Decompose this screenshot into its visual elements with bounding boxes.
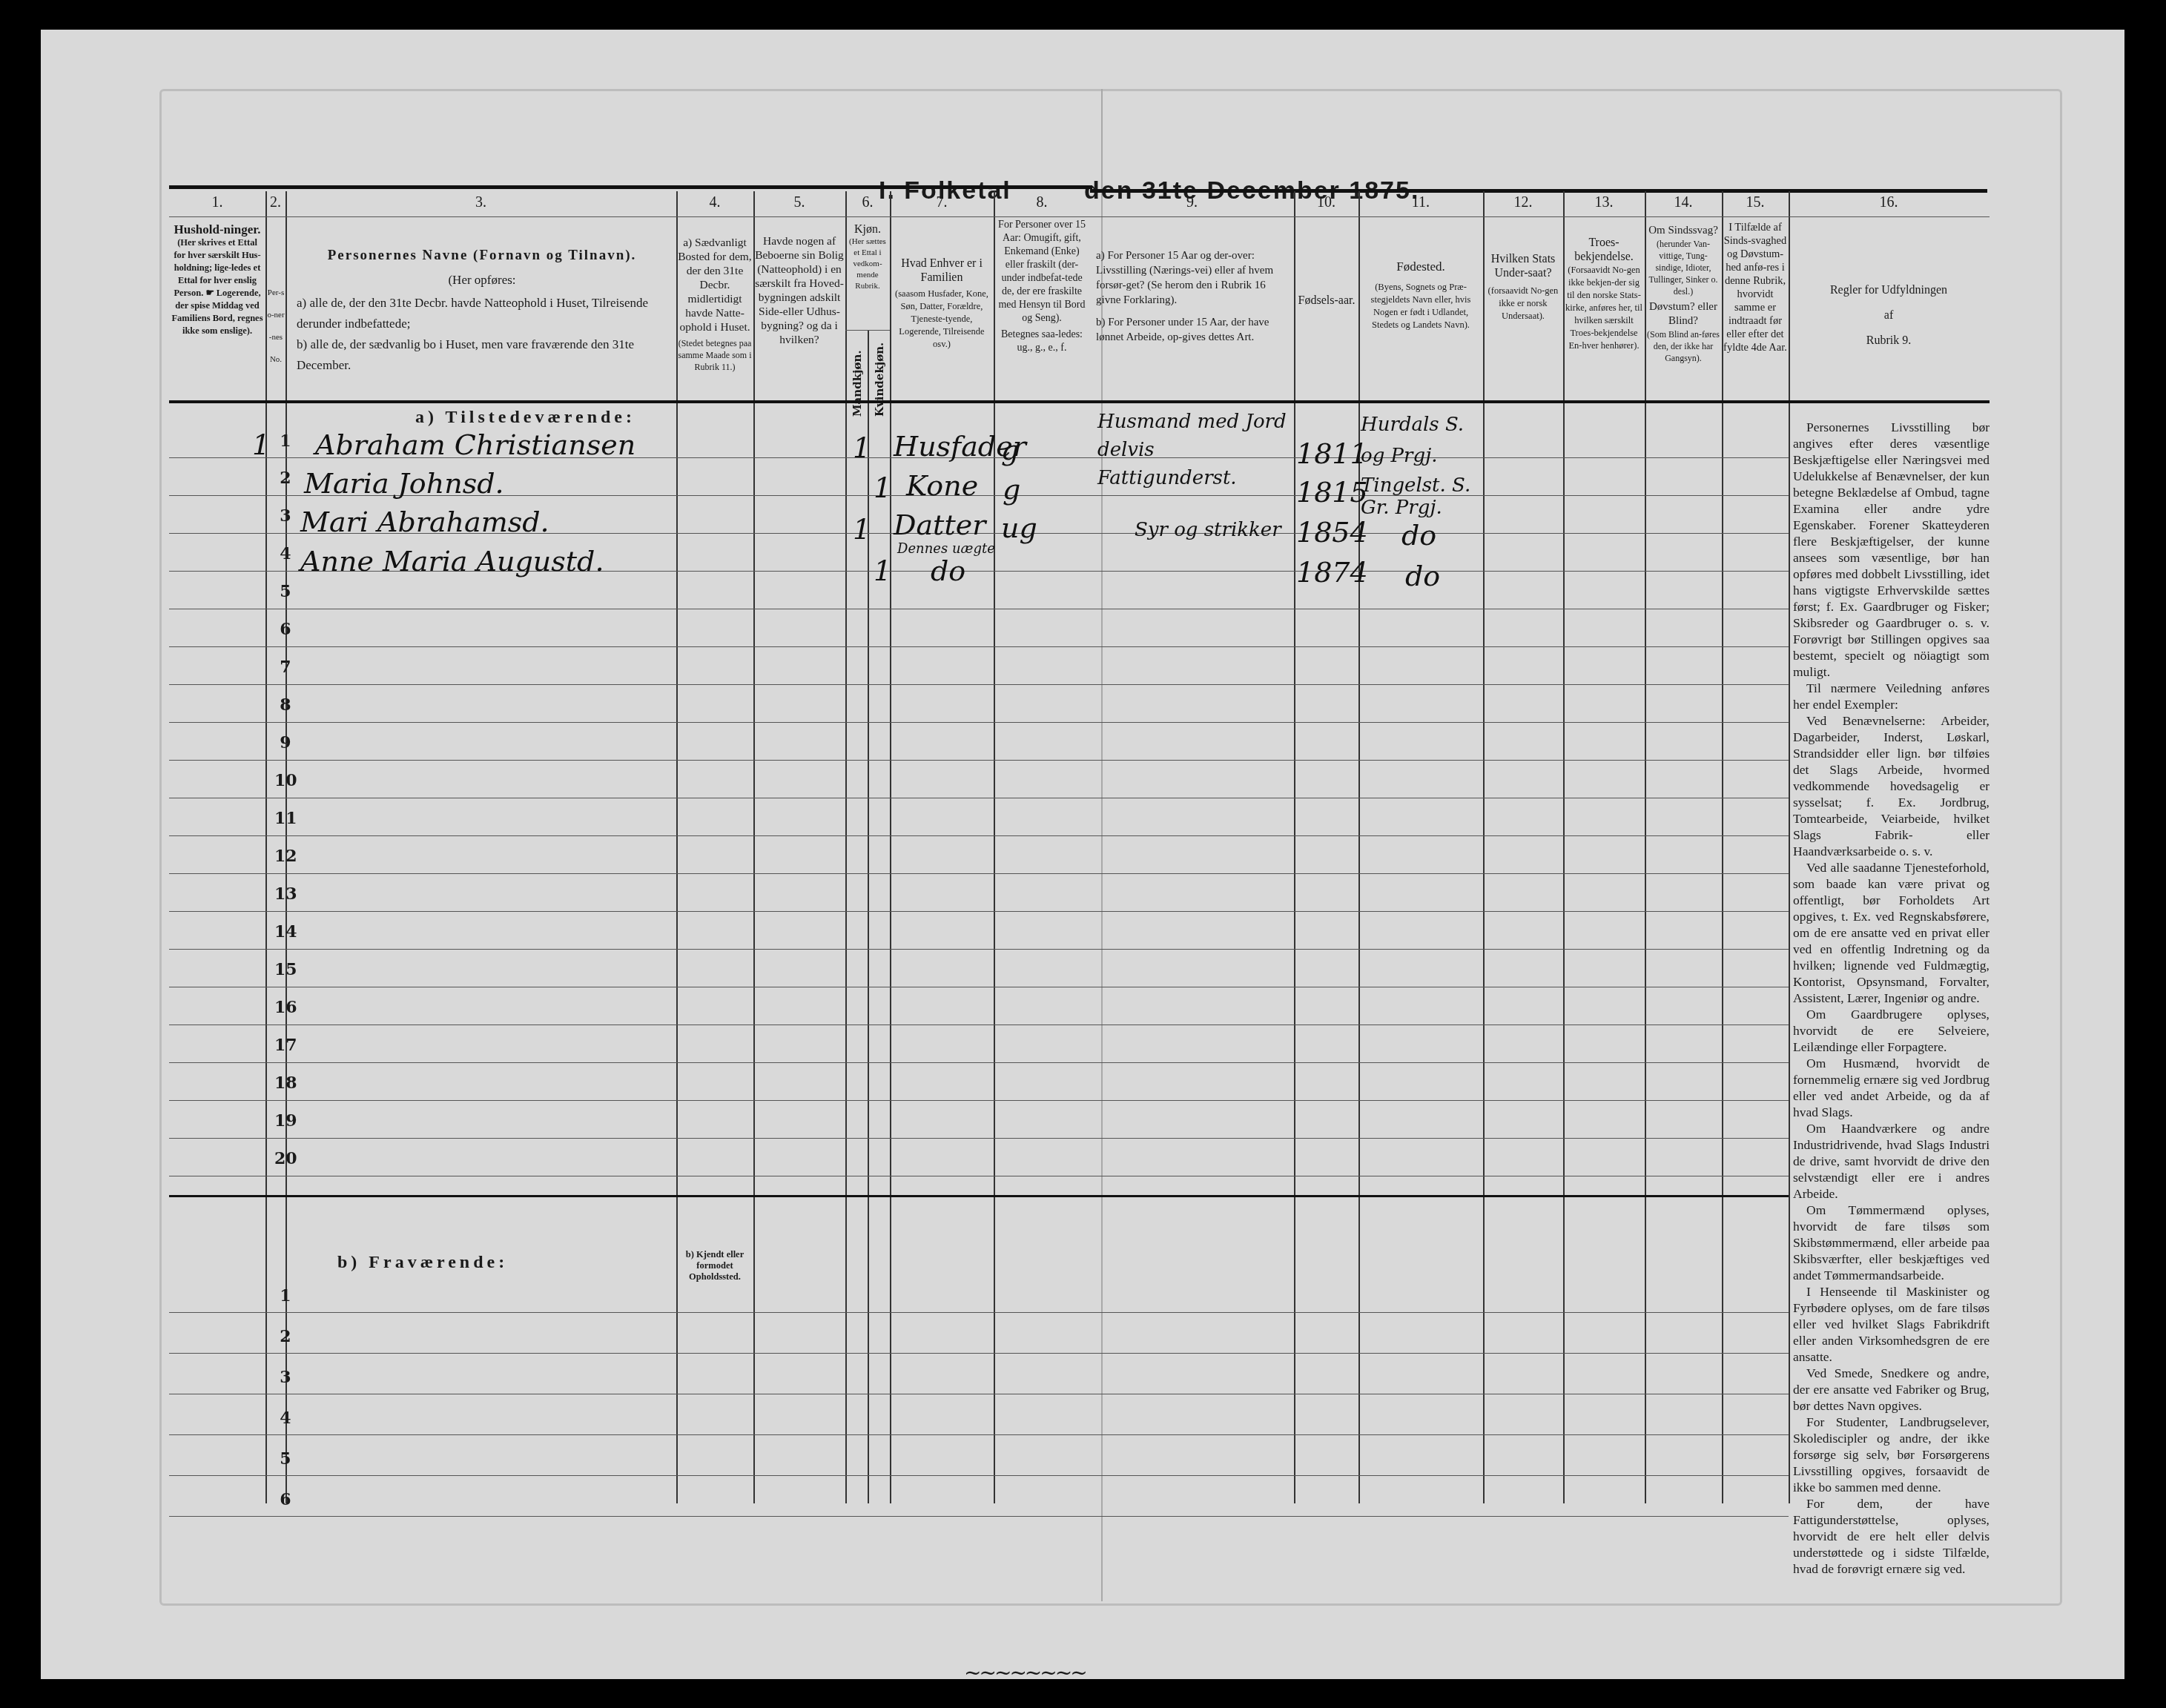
absent-row-num: 3 xyxy=(274,1368,297,1387)
row-rule xyxy=(169,1062,1789,1063)
rules-paragraph: Om Haandværkere og andre Industridrivend… xyxy=(1793,1120,1990,1202)
row-rule xyxy=(169,987,1789,987)
col-header-11-detail: (Byens, Sognets og Præ-stegjeldets Navn … xyxy=(1360,281,1482,331)
col-header-13: Troes-bekjendelse. (Forsaavidt No-gen ik… xyxy=(1565,236,1643,352)
row-num: 17 xyxy=(274,1036,297,1055)
col-divider xyxy=(1483,191,1485,1503)
row-num: 1 xyxy=(274,431,297,451)
row-rule xyxy=(169,1176,1789,1176)
col-header-8-title: For Personer over 15 Aar: Omugift, gift,… xyxy=(995,219,1089,325)
col-header-1-title: Hushold-ninger. xyxy=(171,222,264,236)
col-num-15: 15. xyxy=(1722,194,1789,211)
sex-male-mark: 1 xyxy=(853,431,871,464)
col-header-4: a) Sædvanligt Bosted for dem, der den 31… xyxy=(678,236,752,373)
col-6-sub-rule xyxy=(845,330,890,331)
absent-row-rule xyxy=(169,1312,1789,1313)
col-num-1: 1. xyxy=(169,194,265,211)
col-header-7-title: Hvad Enhver er i Familien xyxy=(891,256,992,285)
col-header-12: Hvilken Stats Under-saat? (forsaavidt No… xyxy=(1485,252,1562,322)
col-num-14: 14. xyxy=(1645,194,1722,211)
row-num: 11 xyxy=(274,809,297,828)
birthplace: Hurdals S. og Prgj. xyxy=(1361,409,1483,471)
absent-row-num: 5 xyxy=(274,1449,297,1469)
col-header-11-title: Fødested. xyxy=(1360,259,1482,274)
marital-status: ug xyxy=(1001,512,1037,544)
section-present-label: a) Tilstedeværende: xyxy=(415,408,635,428)
row-rule xyxy=(169,911,1789,912)
col-num-7: 7. xyxy=(890,194,994,211)
marital-status: g xyxy=(1003,473,1020,506)
col-divider xyxy=(265,191,267,1503)
row-num: 19 xyxy=(274,1111,297,1131)
col-header-3: Personernes Navne (Fornavn og Tilnavn). … xyxy=(297,248,667,376)
absent-row-rule xyxy=(169,1434,1789,1435)
col-divider xyxy=(868,330,869,1503)
row-num: 10 xyxy=(274,771,297,790)
col-num-11: 11. xyxy=(1358,194,1483,211)
rules-paragraph: Ved Smede, Snedkere og andre, der ere an… xyxy=(1793,1365,1990,1414)
absent-location-header: b) Kjendt eller formodet Opholdssted. xyxy=(678,1249,752,1282)
absent-row-rule xyxy=(169,1353,1789,1354)
col-header-16-rubrik: Rubrik 9. xyxy=(1790,328,1987,354)
family-role: Kone xyxy=(906,469,978,502)
family-role: Datter xyxy=(894,509,985,541)
signature-scribble: ~~~~~~~~ xyxy=(964,1661,1086,1685)
col-header-8-detail: Betegnes saa-ledes: ug., g., e., f. xyxy=(995,328,1089,355)
sex-female-mark: 1 xyxy=(853,513,871,546)
section-absent-label: b) Fraværende: xyxy=(337,1253,508,1273)
person-name: Abraham Christiansen xyxy=(315,428,635,461)
row-rule xyxy=(169,760,1789,761)
row-rule xyxy=(169,684,1789,685)
col-divider xyxy=(1358,191,1360,1503)
col-header-14-detail2: (Som Blind an-føres den, der ikke har Ga… xyxy=(1646,328,1720,364)
col-divider xyxy=(1563,191,1565,1503)
rules-paragraph: Ved Benævnelserne: Arbeider, Dagarbeider… xyxy=(1793,712,1990,859)
row-num: 5 xyxy=(274,582,297,601)
rules-paragraph: Om Tømmermænd oplyses, hvorvidt de fare … xyxy=(1793,1202,1990,1283)
col-header-12-title: Hvilken Stats Under-saat? xyxy=(1485,252,1562,280)
row-rule xyxy=(169,646,1789,647)
col-header-14-title: Om Sindssvag? xyxy=(1646,224,1720,238)
person-name: Mari Abrahamsd. xyxy=(300,506,549,538)
row-num: 15 xyxy=(274,960,297,979)
row-rule xyxy=(169,1025,1789,1025)
col-divider xyxy=(845,191,847,1503)
col-header-6-title: Kjøn. xyxy=(847,222,888,236)
col-header-6: Kjøn. (Her sættes et Ettal i vedkom-mend… xyxy=(847,222,888,292)
col-header-8: For Personer over 15 Aar: Omugift, gift,… xyxy=(995,219,1089,355)
row-num: 9 xyxy=(274,733,297,752)
row-num: 8 xyxy=(274,695,297,715)
rules-paragraph: Om Gaardbrugere oplyses, hvorvidt de ere… xyxy=(1793,1006,1990,1055)
person-name: Maria Johnsd. xyxy=(304,467,504,500)
sex-female-mark: 1 xyxy=(874,471,891,504)
row-num: 2 xyxy=(274,469,297,488)
col-num-12: 12. xyxy=(1483,194,1563,211)
col-header-1: Hushold-ninger. (Her skrives et Ettal fo… xyxy=(171,222,264,337)
row-num: 13 xyxy=(274,884,297,904)
rules-paragraph: Til nærmere Veiledning anføres her endel… xyxy=(1793,680,1990,712)
row-num: 18 xyxy=(274,1073,297,1093)
col-num-13: 13. xyxy=(1563,194,1645,211)
col-header-14-title2: Døvstum? eller Blind? xyxy=(1646,300,1720,328)
col-num-2: 2. xyxy=(265,194,285,211)
row-rule xyxy=(169,722,1789,723)
col-header-9: a) For Personer 15 Aar og der-over: Livs… xyxy=(1096,248,1290,345)
col-header-16-title: Regler for Udfyldningen xyxy=(1790,278,1987,303)
family-role: do xyxy=(931,555,965,587)
row-rule xyxy=(169,1100,1789,1101)
col-header-15: I Tilfælde af Sinds-svaghed og Døvstum-h… xyxy=(1723,221,1787,354)
col-divider xyxy=(994,191,995,1503)
number-row-rule xyxy=(169,216,1990,217)
col-header-7: Hvad Enhver er i Familien (saasom Husfad… xyxy=(891,256,992,351)
col-header-11: Fødested. (Byens, Sognets og Præ-stegjel… xyxy=(1360,259,1482,331)
col-divider xyxy=(1722,191,1723,1503)
row-num: 3 xyxy=(274,506,297,526)
absent-row-num: 1 xyxy=(274,1286,297,1305)
row-rule xyxy=(169,609,1789,609)
rules-paragraph: For dem, der have Fattigunderstøttelse, … xyxy=(1793,1495,1990,1577)
col-header-9-a: a) For Personer 15 Aar og der-over: Livs… xyxy=(1096,248,1290,308)
absent-row-num: 4 xyxy=(274,1409,297,1428)
sex-female-mark: 1 xyxy=(874,555,891,587)
row-rule xyxy=(169,798,1789,798)
occupation: Husmand med Jord delvis Fattigunderst. xyxy=(1097,408,1294,492)
col-header-2: Per-so-ner-nes No. xyxy=(266,282,285,371)
occupation: Syr og strikker xyxy=(1135,519,1281,541)
col-header-12-detail: (forsaavidt No-gen ikke er norsk Undersa… xyxy=(1485,285,1562,322)
absent-row-num: 2 xyxy=(274,1327,297,1346)
rules-text: Personernes Livsstilling bør angives eft… xyxy=(1793,419,1990,1577)
col-header-3-title: Personernes Navne (Fornavn og Tilnavn). xyxy=(297,248,667,262)
birth-year: 1815 xyxy=(1296,476,1368,509)
col-num-4: 4. xyxy=(676,194,753,211)
col-divider xyxy=(676,191,678,1503)
col-num-10: 10. xyxy=(1294,194,1358,211)
row-rule xyxy=(169,835,1789,836)
header-rule-left xyxy=(169,185,1092,189)
col-header-13-title: Troes-bekjendelse. xyxy=(1565,236,1643,264)
absent-section-rule xyxy=(169,1195,1789,1197)
col-header-3-intro: (Her opføres: xyxy=(297,273,667,287)
row-num: 16 xyxy=(274,998,297,1017)
col-header-16-af: af xyxy=(1790,303,1987,328)
col-header-3-b: b) alle de, der sædvanlig bo i Huset, me… xyxy=(297,334,667,376)
rules-paragraph: Om Husmænd, hvorvidt de fornemmelig ernæ… xyxy=(1793,1055,1990,1120)
header-rule-right xyxy=(1090,189,1987,193)
row-rule xyxy=(169,873,1789,874)
col-divider xyxy=(890,191,891,1503)
col-num-8: 8. xyxy=(994,194,1090,211)
birthplace: Tingelst. S. Gr. Prgj. xyxy=(1361,474,1483,519)
col-header-7-detail: (saasom Husfader, Kone, Søn, Datter, For… xyxy=(891,288,992,351)
col-num-9: 9. xyxy=(1090,194,1294,211)
rules-paragraph: I Henseende til Maskinister og Fyrbødere… xyxy=(1793,1283,1990,1365)
birthplace: do xyxy=(1401,519,1436,552)
col-header-3-a: a) alle de, der den 31te Decbr. havde Na… xyxy=(297,293,667,334)
absent-row-rule xyxy=(169,1394,1789,1394)
col-num-3: 3. xyxy=(285,194,676,211)
marital-status: g xyxy=(1001,434,1019,466)
header-bottom-rule xyxy=(169,400,1990,403)
col-header-1-detail: (Her skrives et Ettal for hver særskilt … xyxy=(171,236,264,337)
col-divider xyxy=(753,191,755,1503)
col-header-4-title: a) Sædvanligt Bosted for dem, der den 31… xyxy=(678,236,752,334)
birth-year: 1854 xyxy=(1296,516,1368,549)
absent-row-rule xyxy=(169,1516,1789,1517)
col-header-13-detail: (Forsaavidt No-gen ikke bekjen-der sig t… xyxy=(1565,264,1643,352)
col-header-9-b: b) For Personer under 15 Aar, der have l… xyxy=(1096,315,1290,345)
birthplace: do xyxy=(1405,560,1440,592)
col-divider xyxy=(1789,191,1790,1503)
row-num: 20 xyxy=(274,1149,297,1168)
rules-paragraph: Ved alle saadanne Tjenesteforhold, som b… xyxy=(1793,859,1990,1006)
col-header-4-detail: (Stedet betegnes paa samme Maade som i R… xyxy=(678,337,752,373)
birth-year: 1811 xyxy=(1296,437,1368,470)
col-header-14: Om Sindssvag? (herunder Van-vittige, Tun… xyxy=(1646,224,1720,364)
col-num-6: 6. xyxy=(845,194,890,211)
col-divider xyxy=(1294,191,1295,1503)
absent-row-num: 6 xyxy=(274,1490,297,1509)
absent-row-rule xyxy=(169,1475,1789,1476)
row-num: 14 xyxy=(274,922,297,941)
col-header-6-female: Kvindekjøn. xyxy=(873,335,886,417)
row-num: 12 xyxy=(274,847,297,866)
row-num: 6 xyxy=(274,620,297,639)
row-num: 7 xyxy=(274,658,297,677)
row-rule xyxy=(169,949,1789,950)
col-header-10: Fødsels-aar. xyxy=(1298,288,1356,314)
col-num-5: 5. xyxy=(753,194,845,211)
person-name: Anne Maria Augustd. xyxy=(300,545,604,577)
col-header-14-detail: (herunder Van-vittige, Tung-sindige, Idi… xyxy=(1646,238,1720,297)
col-divider xyxy=(1645,191,1646,1503)
col-header-16: Regler for Udfyldningen af Rubrik 9. xyxy=(1790,278,1987,354)
row-rule xyxy=(169,1138,1789,1139)
rules-paragraph: Personernes Livsstilling bør angives eft… xyxy=(1793,419,1990,680)
col-header-6-male: Mandkjøn. xyxy=(851,335,864,417)
col-header-5: Havde nogen af Beboerne sin Bolig (Natte… xyxy=(755,234,844,347)
col-header-6-detail: (Her sættes et Ettal i vedkom-mende Rubr… xyxy=(847,236,888,292)
household-mark: 1 xyxy=(252,428,270,461)
rules-paragraph: For Studenter, Landbrugselever, Skoledis… xyxy=(1793,1414,1990,1495)
birth-year: 1874 xyxy=(1296,556,1368,589)
row-num: 4 xyxy=(274,544,297,563)
col-num-16: 16. xyxy=(1789,194,1989,211)
